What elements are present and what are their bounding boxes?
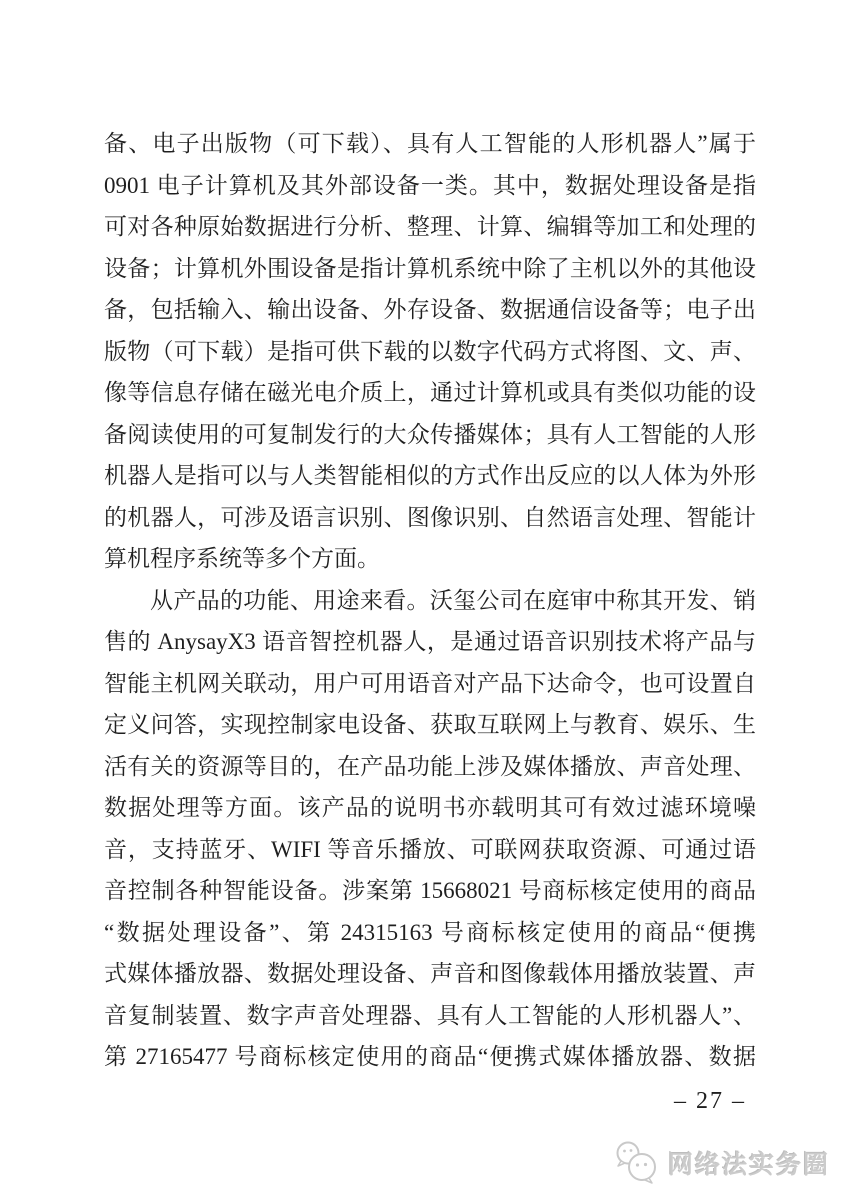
doc-line: 智能主机网关联动，用户可用语音对产品下达命令，也可设置自 <box>104 663 756 705</box>
doc-line: 从产品的功能、用途来看。沃玺公司在庭审中称其开发、销 <box>104 580 756 622</box>
doc-line: “数据处理设备”、第 24315163 号商标核定使用的商品“便携 <box>104 912 756 954</box>
doc-line: 式媒体播放器、数据处理设备、声音和图像载体用播放装置、声 <box>104 953 756 995</box>
watermark: 网络法实务圈 <box>613 1139 830 1187</box>
doc-line: 像等信息存储在磁光电介质上，通过计算机或具有类似功能的设 <box>104 372 756 414</box>
doc-line: 活有关的资源等目的，在产品功能上涉及媒体播放、声音处理、 <box>104 746 756 788</box>
doc-line: 备，包括输入、输出设备、外存设备、数据通信设备等；电子出 <box>104 289 756 331</box>
doc-line: 备、电子出版物（可下载）、具有人工智能的人形机器人”属于 <box>104 123 756 165</box>
doc-line: 的机器人，可涉及语言识别、图像识别、自然语言处理、智能计 <box>104 497 756 539</box>
doc-line: 机器人是指可以与人类智能相似的方式作出反应的以人体为外形 <box>104 455 756 497</box>
doc-line: 音复制装置、数字声音处理器、具有人工智能的人形机器人”、 <box>104 995 756 1037</box>
doc-line: 备阅读使用的可复制发行的大众传播媒体；具有人工智能的人形 <box>104 414 756 456</box>
doc-line: 售的 AnysayX3 语音智控机器人，是通过语音识别技术将产品与 <box>104 621 756 663</box>
doc-line: 0901 电子计算机及其外部设备一类。其中，数据处理设备是指 <box>104 165 756 207</box>
doc-line: 可对各种原始数据进行分析、整理、计算、编辑等加工和处理的 <box>104 206 756 248</box>
doc-line: 音，支持蓝牙、WIFI 等音乐播放、可联网获取资源、可通过语 <box>104 829 756 871</box>
doc-line: 数据处理等方面。该产品的说明书亦载明其可有效过滤环境噪 <box>104 787 756 829</box>
document-body: 备、电子出版物（可下载）、具有人工智能的人形机器人”属于0901 电子计算机及其… <box>104 123 756 1078</box>
wechat-logo-icon <box>613 1139 661 1187</box>
doc-line: 第 27165477 号商标核定使用的商品“便携式媒体播放器、数据 <box>104 1036 756 1078</box>
doc-line: 音控制各种智能设备。涉案第 15668021 号商标核定使用的商品 <box>104 870 756 912</box>
watermark-label: 网络法实务圈 <box>668 1145 830 1181</box>
doc-line: 版物（可下载）是指可供下载的以数字代码方式将图、文、声、 <box>104 331 756 373</box>
doc-line: 设备；计算机外围设备是指计算机系统中除了主机以外的其他设 <box>104 248 756 290</box>
doc-line: 算机程序系统等多个方面。 <box>104 538 756 580</box>
document-page: 备、电子出版物（可下载）、具有人工智能的人形机器人”属于0901 电子计算机及其… <box>0 0 848 1200</box>
doc-line: 定义问答，实现控制家电设备、获取互联网上与教育、娱乐、生 <box>104 704 756 746</box>
page-number: – 27 – <box>104 1088 756 1115</box>
